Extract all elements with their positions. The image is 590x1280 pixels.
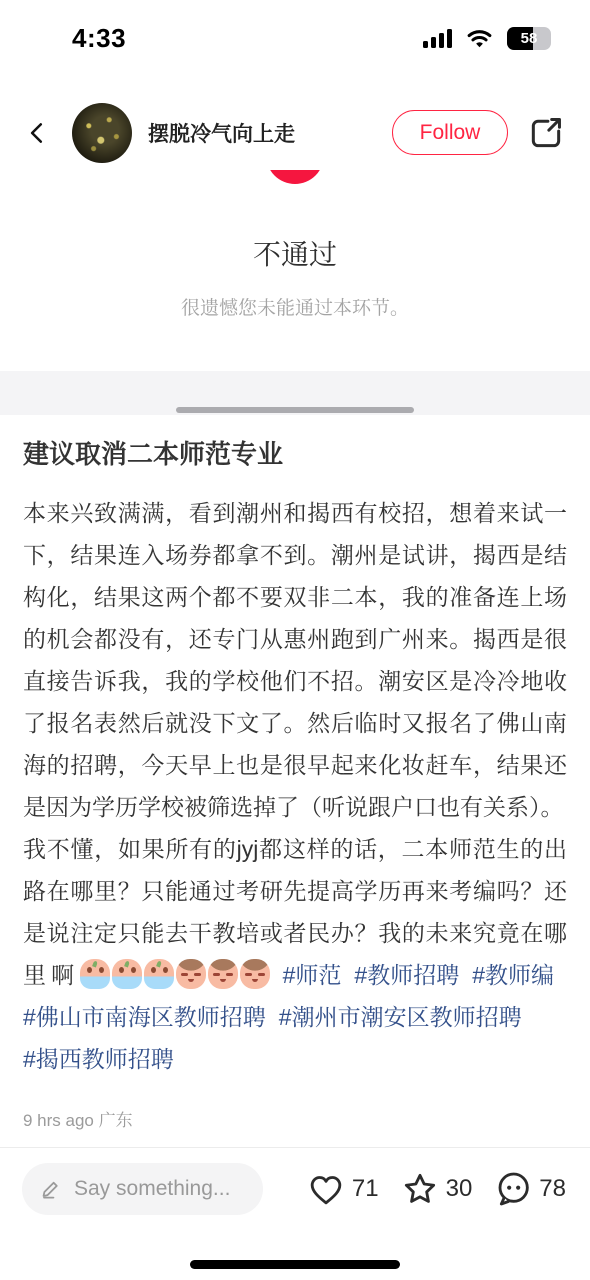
post-title: 建议取消二本师范专业 [23,434,567,471]
post-paragraph-1: 本来兴致满满，看到潮州和揭西有校招，想着来试一下，结果连入场券都拿不到。潮州是试… [23,492,567,828]
cry-emoji [112,959,142,989]
post-body: 本来兴致满满，看到潮州和揭西有校招，想着来试一下，结果连入场券都拿不到。潮州是试… [23,492,567,1080]
hashtag-link[interactable]: #师范 [283,954,342,996]
heart-icon [306,1169,346,1209]
wronged-emoji [176,959,206,989]
comment-button[interactable]: 78 [493,1169,566,1209]
wronged-emoji [240,959,270,989]
star-icon [400,1169,440,1209]
cry-emoji [80,959,110,989]
post-paragraph-2: 我不懂，如果所有的jyj都这样的话，二本师范生的出路在哪里？只能通过考研先提高学… [23,828,567,1080]
clock: 4:33 [72,23,126,54]
comment-input[interactable]: Say something... [22,1163,263,1215]
hashtag-link[interactable]: #教师招聘 [354,954,459,996]
comment-placeholder: Say something... [74,1177,230,1201]
hashtag-link[interactable]: #潮州市潮安区教师招聘 [279,996,522,1038]
collect-count: 30 [446,1175,473,1203]
footer-bar: Say something... 71 30 [0,1147,590,1280]
pencil-icon [39,1177,63,1201]
collect-button[interactable]: 30 [400,1169,473,1209]
carousel-scroll-indicator[interactable] [176,407,414,413]
like-button[interactable]: 71 [306,1169,379,1209]
follow-button[interactable]: Follow [392,110,508,155]
hashtag-link[interactable]: #揭西教师招聘 [23,1038,174,1080]
rejection-title: 不通过 [0,233,590,273]
like-count: 71 [352,1175,379,1203]
home-indicator[interactable] [190,1260,400,1269]
comment-bubble-icon [493,1169,533,1209]
post-timestamp-location: 9 hrs ago 广东 [23,1106,567,1131]
fail-stamp-icon [266,170,324,184]
comment-count: 78 [539,1175,566,1203]
avatar[interactable] [72,103,132,163]
battery-percent: 58 [507,27,551,50]
image-carousel-band [0,371,590,415]
app-screen: 4:33 58 摆脱冷气向上走 Follow [0,0,590,1280]
hashtag-link[interactable]: #佛山市南海区教师招聘 [23,996,266,1038]
cellular-signal-icon [423,28,452,48]
status-bar: 4:33 58 [0,0,590,62]
share-external-icon [527,114,565,152]
post-content: 建议取消二本师范专业 本来兴致满满，看到潮州和揭西有校招，想着来试一下，结果连入… [0,415,590,1147]
share-button[interactable] [526,113,566,153]
battery-icon: 58 [507,27,551,50]
engagement-bar: 71 30 78 [306,1169,566,1209]
cry-emoji [144,959,174,989]
hashtag-link[interactable]: #教师编 [472,954,554,996]
back-button[interactable] [24,111,58,155]
chevron-left-icon [24,113,50,153]
post-image-rejection-notice[interactable]: 不通过 很遗憾您未能通过本环节。 [0,170,590,371]
wronged-emoji [208,959,238,989]
wifi-icon [466,28,493,49]
post-header: 摆脱冷气向上走 Follow [0,95,590,170]
status-icons: 58 [423,27,542,50]
rejection-caption: 很遗憾您未能通过本环节。 [0,293,590,320]
username[interactable]: 摆脱冷气向上走 [148,118,295,148]
